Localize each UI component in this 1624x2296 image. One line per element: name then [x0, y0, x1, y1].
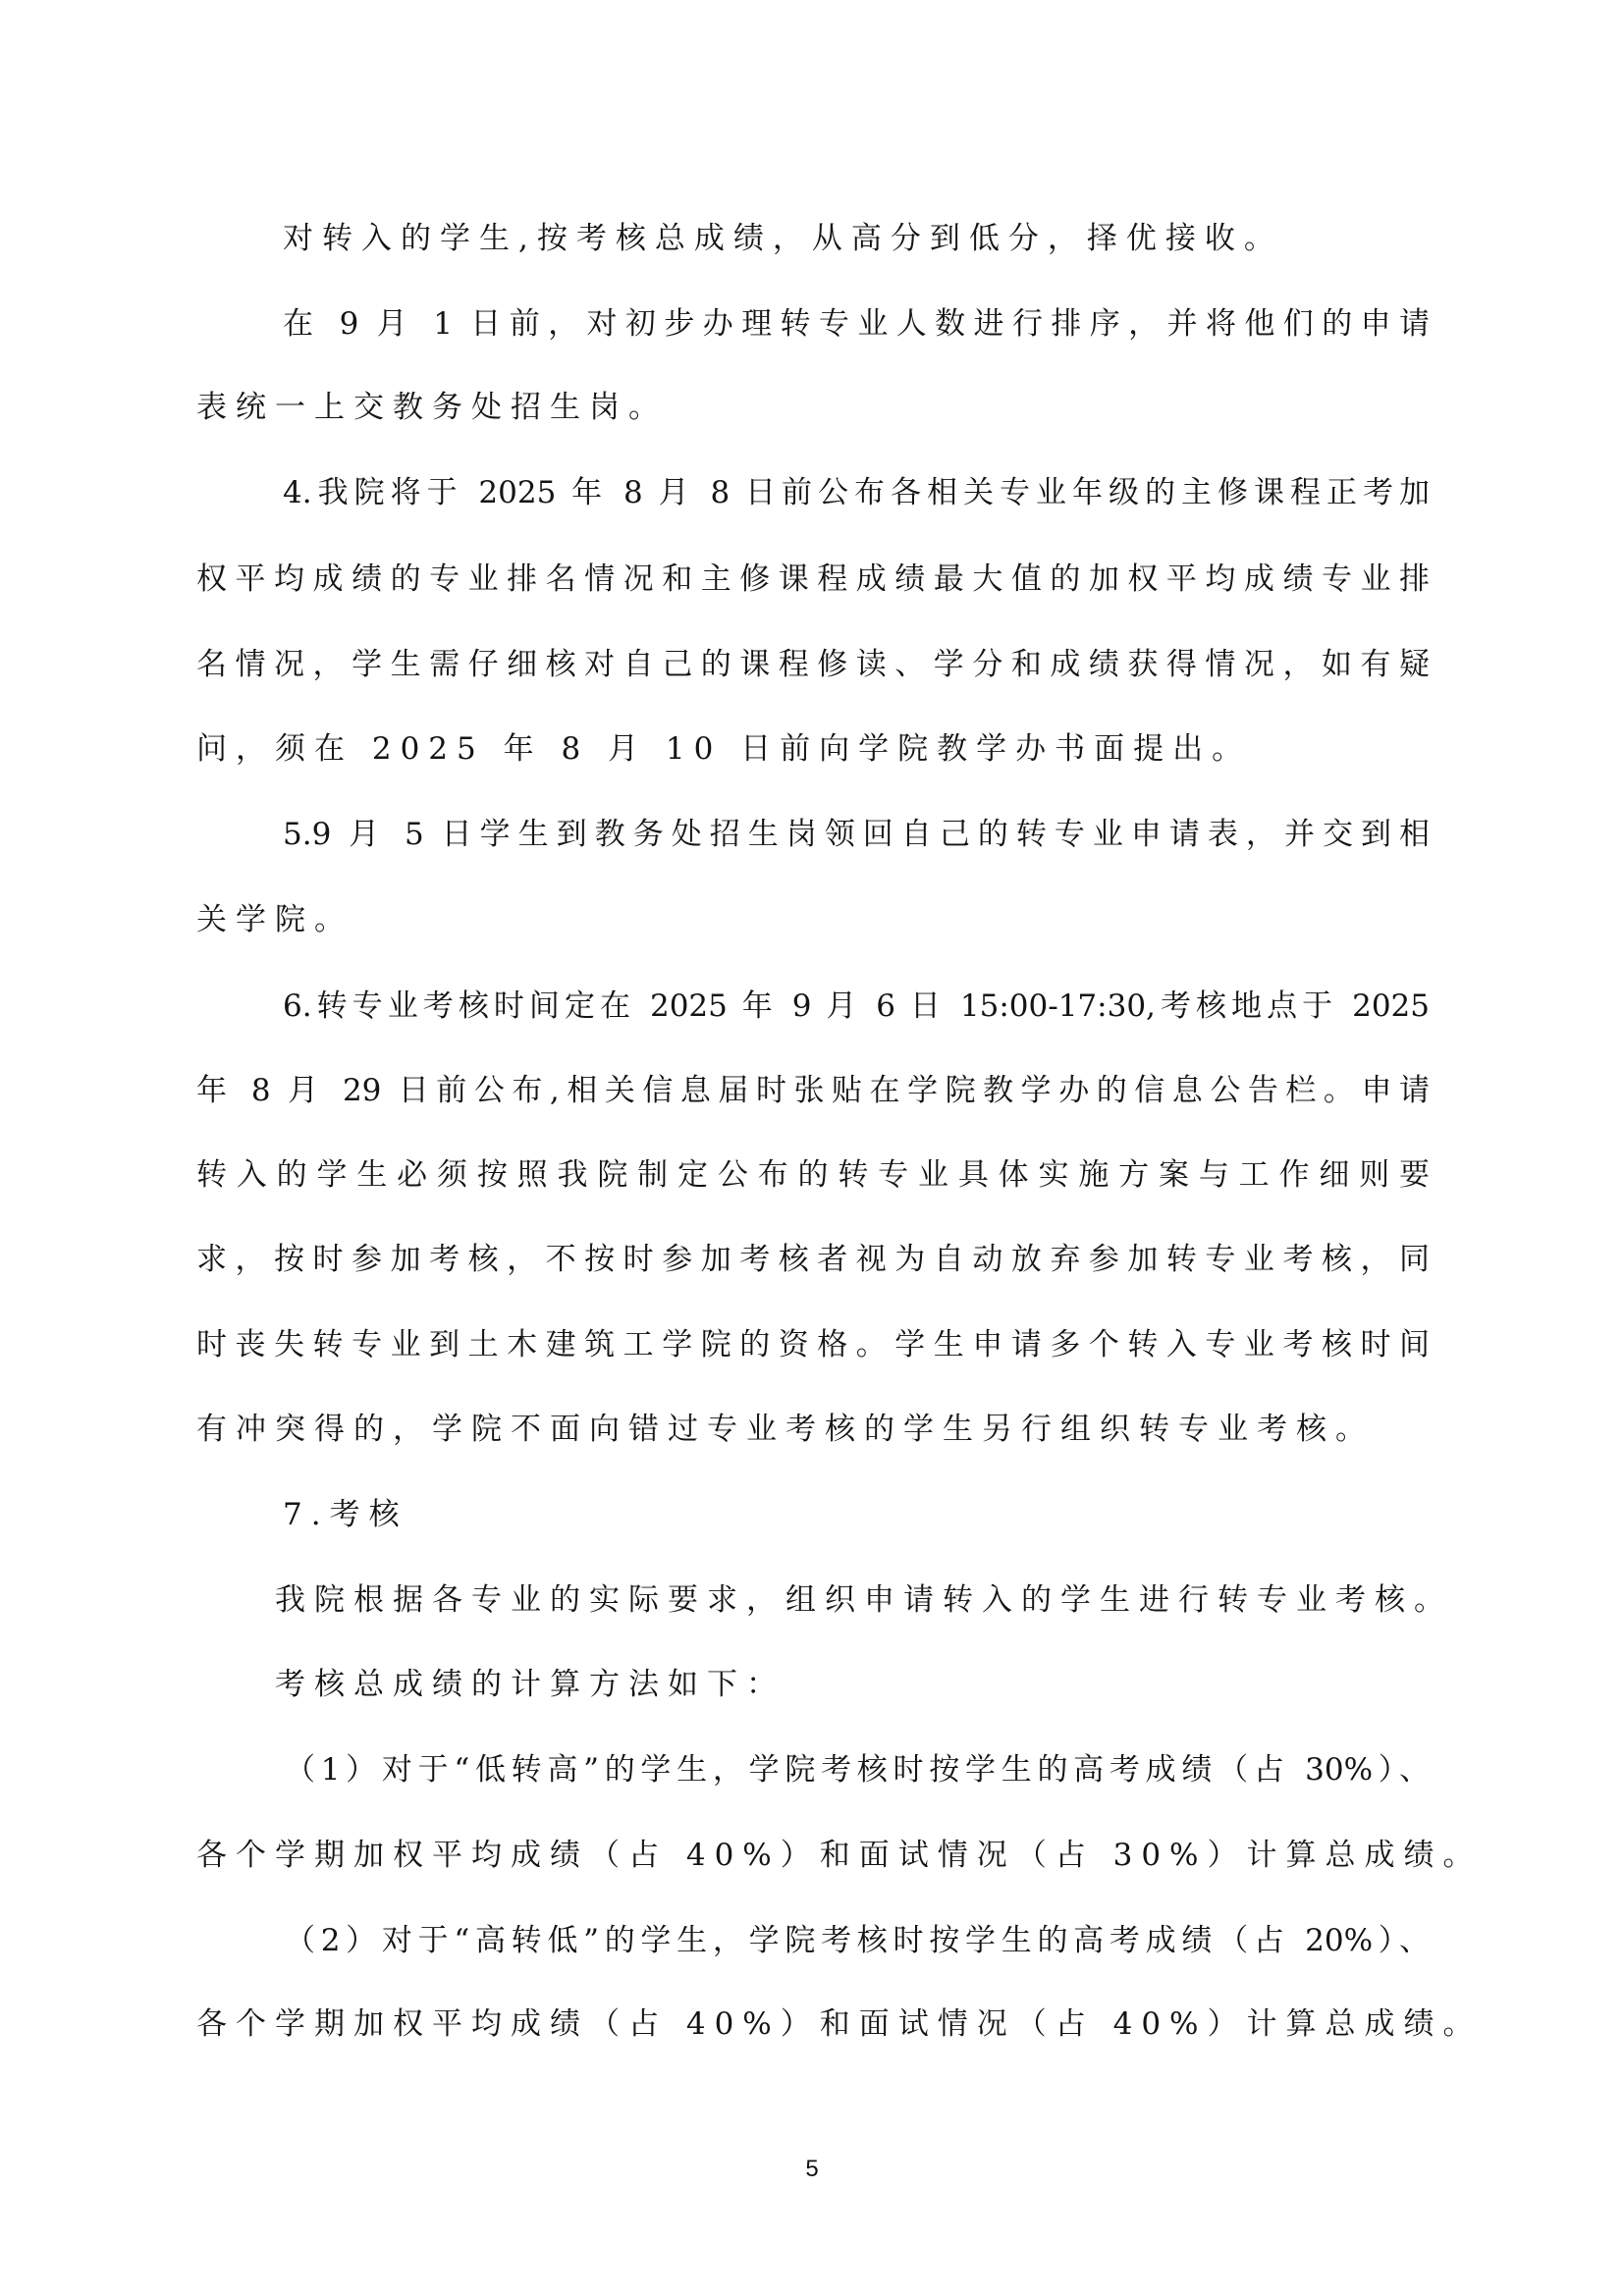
text-line: 表统一上交教务处招生岗。 — [196, 384, 668, 431]
page-number: 5 — [797, 2156, 827, 2183]
text-line: （2）对于“高转低”的学生，学院考核时按学生的高考成绩（占 20%）、 — [285, 1917, 1430, 1964]
text-line: 对转入的学生,按考核总成绩，从高分到低分，择优接收。 — [283, 215, 1283, 262]
text-line: 关学院。 — [196, 896, 353, 943]
text-line: 4.我院将于 2025 年 8 月 8 日前公布各相关专业年级的主修课程正考加 — [283, 469, 1430, 516]
text-line: 有冲突得的，学院不面向错过专业考核的学生另行组织转专业考核。 — [196, 1406, 1375, 1453]
text-line: 年 8 月 29 日前公布,相关信息届时张贴在学院教学办的信息公告栏。申请 — [196, 1067, 1430, 1114]
text-line: 各个学期加权平均成绩（占 40%）和面试情况（占 30%）计算总成绩。 — [196, 1832, 1483, 1879]
text-line: 求，按时参加考核，不按时参加考核者视为自动放弃参加转专业考核，同 — [196, 1236, 1430, 1283]
text-line: 问，须在 2025 年 8 月 10 日前向学院教学办书面提出。 — [196, 725, 1251, 773]
text-line: 权平均成绩的专业排名情况和主修课程成绩最大值的加权平均成绩专业排 — [196, 556, 1430, 603]
text-line: 在 9 月 1 日前，对初步办理转专业人数进行排序，并将他们的申请 — [283, 300, 1430, 347]
text-line: 6.转专业考核时间定在 2025 年 9 月 6 日 15:00-17:30,考… — [283, 983, 1430, 1030]
text-line: 名情况，学生需仔细核对自己的课程修读、学分和成绩获得情况，如有疑 — [196, 641, 1430, 688]
text-line: 转入的学生必须按照我院制定公布的转专业具体实施方案与工作细则要 — [196, 1151, 1430, 1199]
text-line: 考核总成绩的计算方法如下： — [275, 1661, 785, 1708]
document-page: 对转入的学生,按考核总成绩，从高分到低分，择优接收。在 9 月 1 日前，对初步… — [0, 0, 1624, 2296]
text-line: （1）对于“低转高”的学生，学院考核时按学生的高考成绩（占 30%）、 — [285, 1746, 1430, 1793]
text-line: 我院根据各专业的实际要求，组织申请转入的学生进行转专业考核。 — [275, 1576, 1453, 1624]
text-line: 各个学期加权平均成绩（占 40%）和面试情况（占 40%）计算总成绩。 — [196, 2001, 1483, 2048]
text-line: 7.考核 — [283, 1491, 408, 1538]
text-line: 5.9 月 5 日学生到教务处招生岗领回自己的转专业申请表，并交到相 — [283, 811, 1430, 858]
text-line: 时丧失转专业到土木建筑工学院的资格。学生申请多个转入专业考核时间 — [196, 1321, 1430, 1368]
